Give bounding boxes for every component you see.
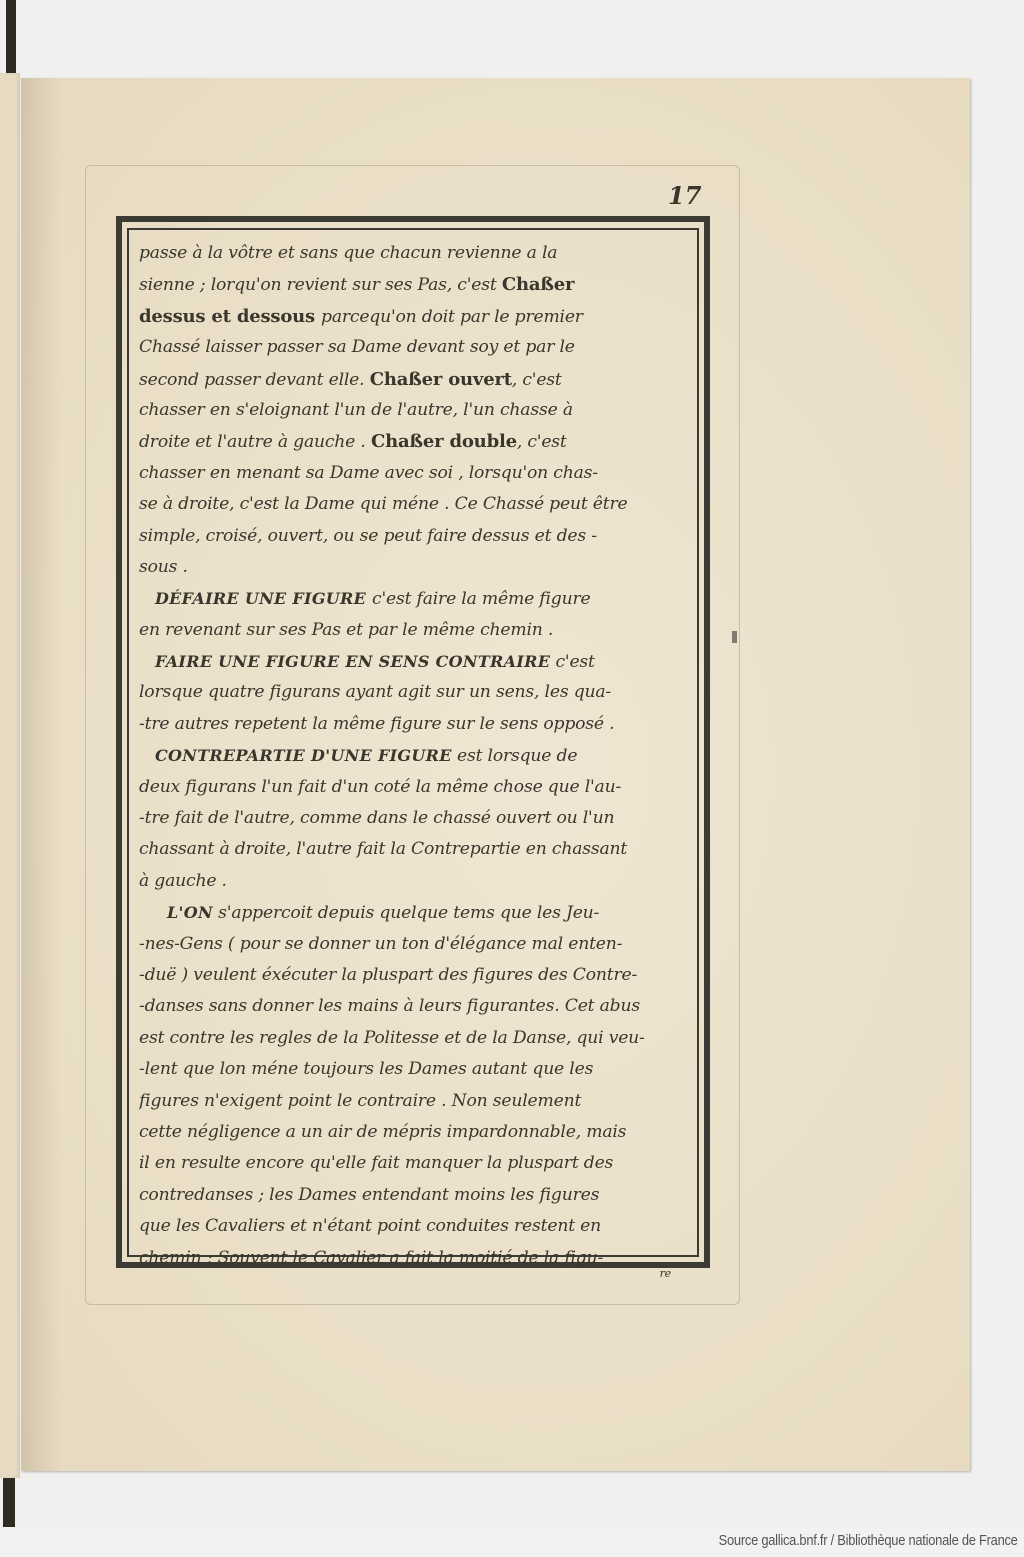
- text-line: DÉFAIRE UNE FIGURE c'est faire la même f…: [139, 583, 691, 614]
- text-line: dessus et dessous parcequ'on doit par le…: [139, 301, 691, 332]
- text-run: contredanses ; les Dames entendant moins…: [139, 1185, 599, 1205]
- text-line: -lent que lon méne toujours les Dames au…: [139, 1054, 691, 1085]
- text-run: que les Cavaliers et n'étant point condu…: [139, 1216, 601, 1236]
- text-line: sous .: [139, 552, 691, 583]
- text-line: contredanses ; les Dames entendant moins…: [139, 1180, 691, 1211]
- text-run: il en resulte encore qu'elle fait manque…: [139, 1153, 613, 1173]
- text-run: c'est: [550, 652, 595, 672]
- text-line: droite et l'autre à gauche . Chaßer doub…: [139, 426, 691, 457]
- text-run: sous .: [139, 557, 188, 577]
- text-line: second passer devant elle. Chaßer ouvert…: [139, 364, 691, 395]
- text-run: chemin ; Souvent le Cavalier a fait la m…: [139, 1248, 603, 1268]
- text-line: à gauche .: [139, 866, 691, 897]
- text-run: -tre fait de l'autre, comme dans le chas…: [139, 808, 614, 828]
- text-line: chasser en s'eloignant l'un de l'autre, …: [139, 395, 691, 426]
- text-run: passe à la vôtre et sans que chacun revi…: [139, 243, 557, 263]
- text-line: lorsque quatre figurans ayant agit sur u…: [139, 677, 691, 708]
- text-run: chasser en menant sa Dame avec soi , lor…: [139, 463, 598, 483]
- text-line: -tre autres repetent la même figure sur …: [139, 709, 691, 740]
- text-run: -lent que lon méne toujours les Dames au…: [139, 1059, 593, 1079]
- emphasized-term: L'ON: [167, 903, 213, 922]
- text-run: second passer devant elle.: [139, 370, 370, 390]
- text-run: c'est faire la même figure: [372, 589, 590, 609]
- emphasized-term: CONTREPARTIE D'UNE FIGURE: [155, 746, 452, 765]
- text-line: passe à la vôtre et sans que chacun revi…: [139, 238, 691, 269]
- text-line: -tre fait de l'autre, comme dans le chas…: [139, 803, 691, 834]
- emphasized-term: DÉFAIRE UNE FIGURE: [155, 589, 372, 608]
- text-run: Chassé laisser passer sa Dame devant soy…: [139, 337, 575, 357]
- text-run: lorsque quatre figurans ayant agit sur u…: [139, 682, 611, 702]
- text-run: simple, croisé, ouvert, ou se peut faire…: [139, 526, 597, 546]
- text-run: parcequ'on doit par le premier: [321, 307, 583, 327]
- text-run: cette négligence a un air de mépris impa…: [139, 1122, 626, 1142]
- gutter-shadow: [21, 78, 61, 1471]
- text-run: sienne ; lorqu'on revient sur ses Pas, c…: [139, 275, 502, 295]
- text-line: FAIRE UNE FIGURE EN SENS CONTRAIRE c'est: [139, 646, 691, 677]
- text-line: cette négligence a un air de mépris impa…: [139, 1117, 691, 1148]
- text-run: en revenant sur ses Pas et par le même c…: [139, 620, 553, 640]
- text-line: -danses sans donner les mains à leurs fi…: [139, 991, 691, 1022]
- text-run: -danses sans donner les mains à leurs fi…: [139, 996, 640, 1016]
- text-run: droite et l'autre à gauche .: [139, 432, 371, 452]
- text-line: chasser en menant sa Dame avec soi , lor…: [139, 458, 691, 489]
- book-page: 17 passe à la vôtre et sans que chacun r…: [21, 78, 970, 1471]
- previous-page-edge: [0, 73, 20, 1478]
- text-line: -duë ) veulent éxécuter la pluspart des …: [139, 960, 691, 991]
- emphasized-term: dessus et dessous: [139, 306, 321, 327]
- text-line: il en resulte encore qu'elle fait manque…: [139, 1148, 691, 1179]
- text-line: se à droite, c'est la Dame qui méne . Ce…: [139, 489, 691, 520]
- text-run: chassant à droite, l'autre fait la Contr…: [139, 839, 627, 859]
- text-frame: passe à la vôtre et sans que chacun revi…: [116, 216, 710, 1268]
- text-run: est contre les regles de la Politesse et…: [139, 1028, 645, 1048]
- text-run: est lorsque de: [452, 746, 578, 766]
- text-line: deux figurans l'un fait d'un coté la mêm…: [139, 772, 691, 803]
- text-line: sienne ; lorqu'on revient sur ses Pas, c…: [139, 269, 691, 300]
- text-line: chassant à droite, l'autre fait la Contr…: [139, 834, 691, 865]
- text-run: , c'est: [512, 370, 562, 390]
- engraved-text: passe à la vôtre et sans que chacun revi…: [139, 238, 691, 1280]
- text-run: s'appercoit depuis quelque tems que les …: [213, 903, 599, 923]
- text-line: que les Cavaliers et n'étant point condu…: [139, 1211, 691, 1242]
- text-run: -nes-Gens ( pour se donner un ton d'élég…: [139, 934, 622, 954]
- text-line: L'ON s'appercoit depuis quelque tems que…: [139, 897, 691, 928]
- text-run: à gauche .: [139, 871, 227, 891]
- emphasized-term: FAIRE UNE FIGURE EN SENS CONTRAIRE: [155, 652, 550, 671]
- emphasized-term: Chaßer: [502, 274, 575, 295]
- text-run: -tre autres repetent la même figure sur …: [139, 714, 614, 734]
- text-line: est contre les regles de la Politesse et…: [139, 1023, 691, 1054]
- text-line: figures n'exigent point le contraire . N…: [139, 1086, 691, 1117]
- text-line: Chassé laisser passer sa Dame devant soy…: [139, 332, 691, 363]
- text-frame-inner-rule: passe à la vôtre et sans que chacun revi…: [127, 228, 699, 1257]
- ink-blot: [732, 631, 737, 643]
- text-line: en revenant sur ses Pas et par le même c…: [139, 615, 691, 646]
- text-run: deux figurans l'un fait d'un coté la mêm…: [139, 777, 621, 797]
- text-line: -nes-Gens ( pour se donner un ton d'élég…: [139, 929, 691, 960]
- text-run: se à droite, c'est la Dame qui méne . Ce…: [139, 494, 627, 514]
- binding-strip: [3, 1478, 15, 1527]
- text-run: , c'est: [517, 432, 567, 452]
- text-run: figures n'exigent point le contraire . N…: [139, 1091, 581, 1111]
- source-credit: Source gallica.bnf.fr / Bibliothèque nat…: [719, 1532, 1018, 1549]
- text-run: -duë ) veulent éxécuter la pluspart des …: [139, 965, 637, 985]
- text-line: CONTREPARTIE D'UNE FIGURE est lorsque de: [139, 740, 691, 771]
- binding-strip: [6, 0, 16, 74]
- text-line: simple, croisé, ouvert, ou se peut faire…: [139, 521, 691, 552]
- page-number: 17: [668, 181, 701, 210]
- emphasized-term: Chaßer double: [371, 431, 517, 452]
- text-run: chasser en s'eloignant l'un de l'autre, …: [139, 400, 573, 420]
- emphasized-term: Chaßer ouvert: [370, 369, 512, 390]
